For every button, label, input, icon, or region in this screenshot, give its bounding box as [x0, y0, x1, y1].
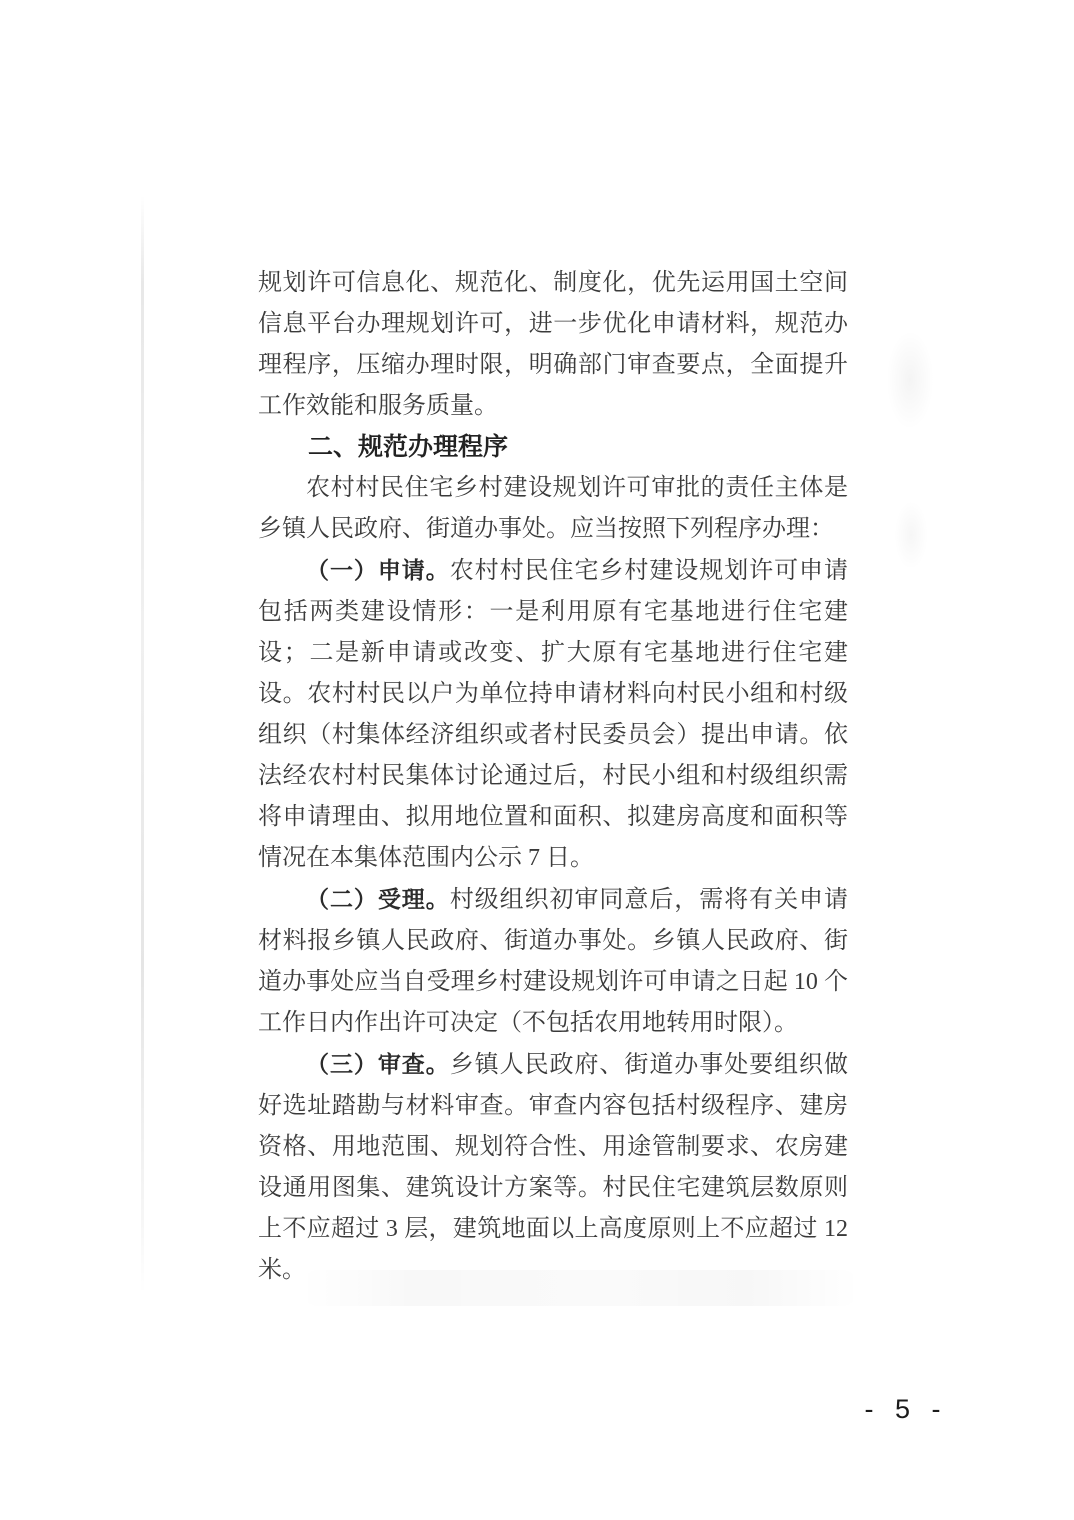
paragraph-lead: （三）审查。 — [306, 1051, 450, 1077]
paragraph-item-1: （一）申请。农村村民住宅乡村建设规划许可申请包括两类建设情形：一是利用原有宅基地… — [258, 550, 848, 879]
scan-artifact — [894, 500, 928, 570]
paragraph-text: 乡镇人民政府、街道办事处要组织做好选址踏勘与材料审查。审查内容包括村级程序、建房… — [258, 1052, 848, 1283]
paragraph-item-3: （三）审查。乡镇人民政府、街道办事处要组织做好选址踏勘与材料审查。审查内容包括村… — [258, 1044, 848, 1291]
paragraph-text: 规划许可信息化、规范化、制度化，优先运用国土空间信息平台办理规划许可，进一步优化… — [258, 270, 848, 419]
paragraph-lead: （二）受理。 — [306, 886, 450, 912]
paragraph-item-2: （二）受理。村级组织初审同意后，需将有关申请材料报乡镇人民政府、街道办事处。乡镇… — [258, 879, 848, 1044]
scan-artifact — [886, 330, 934, 430]
section-heading: 二、规范办理程序 — [258, 427, 848, 468]
paragraph: 农村村民住宅乡村建设规划许可审批的责任主体是乡镇人民政府、街道办事处。应当按照下… — [258, 468, 848, 550]
page-number: - 5 - — [846, 1394, 966, 1425]
paragraph-text: 农村村民住宅乡村建设规划许可审批的责任主体是乡镇人民政府、街道办事处。应当按照下… — [258, 475, 848, 542]
paragraph-continuation: 规划许可信息化、规范化、制度化，优先运用国土空间信息平台办理规划许可，进一步优化… — [258, 263, 848, 427]
paragraph-lead: （一）申请。 — [306, 557, 450, 583]
document-text-block: 规划许可信息化、规范化、制度化，优先运用国土空间信息平台办理规划许可，进一步优化… — [258, 263, 848, 1291]
paragraph-text: 农村村民住宅乡村建设规划许可申请包括两类建设情形：一是利用原有宅基地进行住宅建设… — [258, 558, 848, 871]
scanned-page-edge — [141, 195, 144, 1295]
